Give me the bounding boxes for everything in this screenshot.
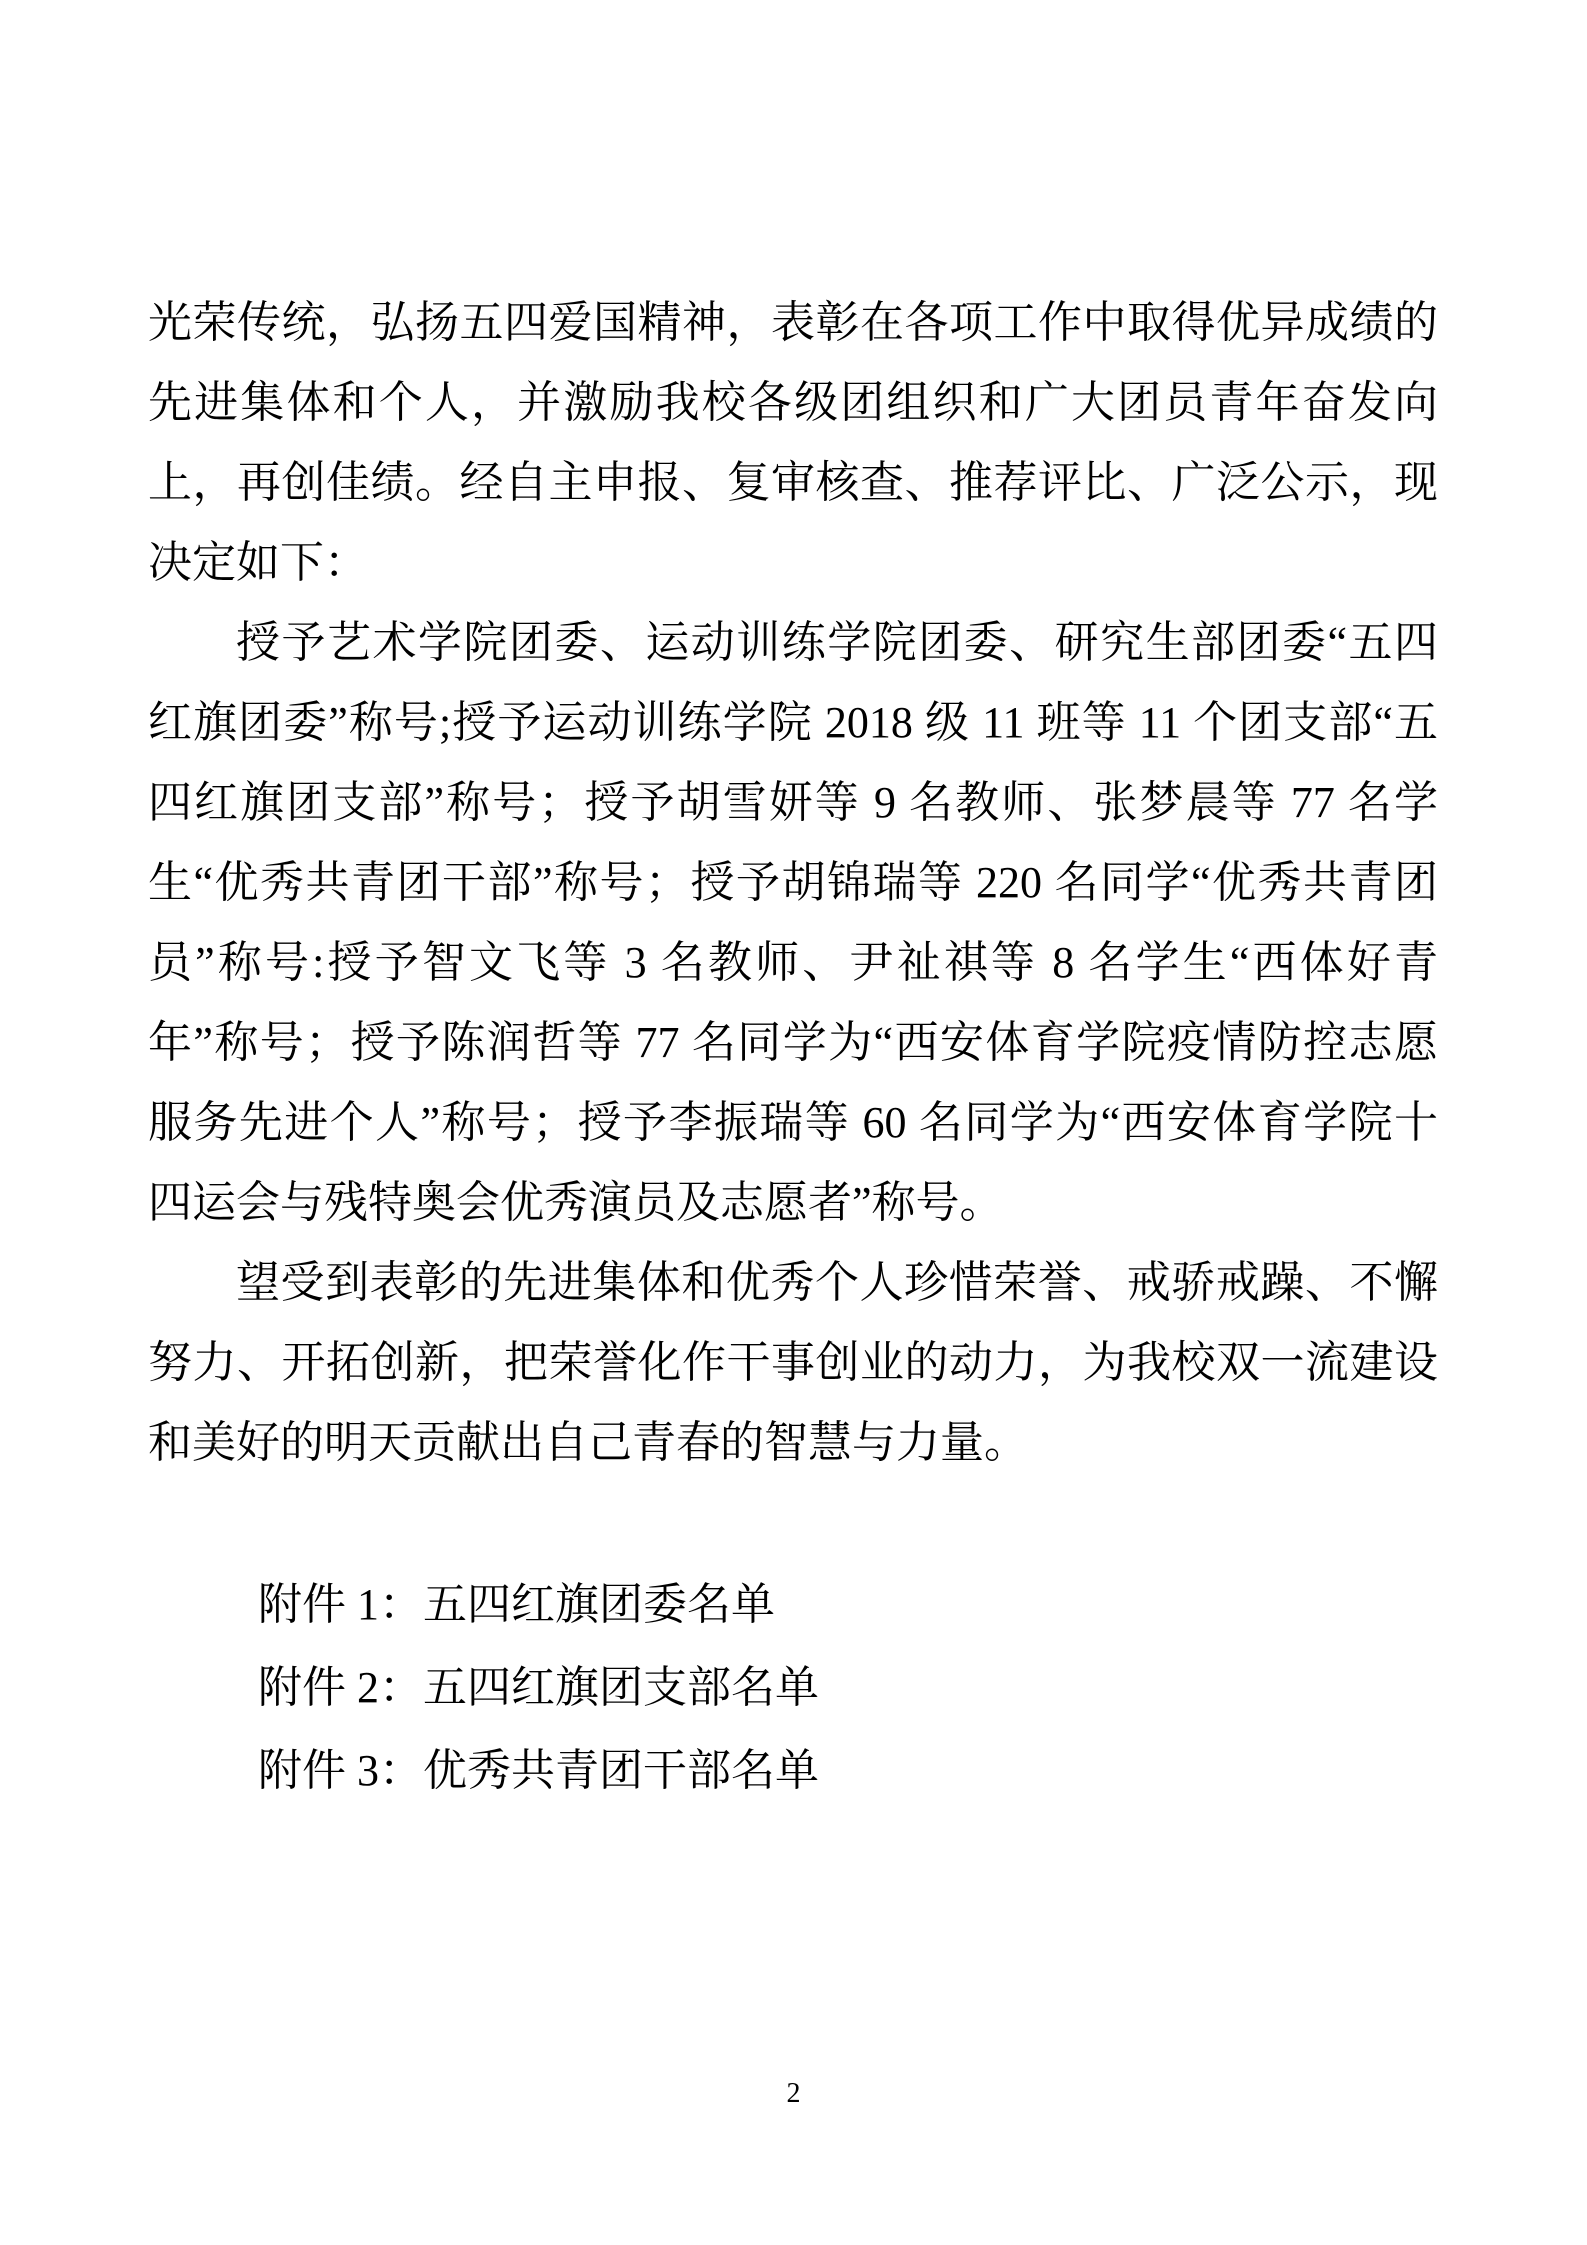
attachment-item-1: 附件 1：五四红旗团委名单 bbox=[258, 1563, 1438, 1646]
paragraph-encouragement: 望受到表彰的先进集体和优秀个人珍惜荣誉、戒骄戒躁、不懈努力、开拓创新，把荣誉化作… bbox=[148, 1243, 1438, 1483]
paragraph-awards: 授予艺术学院团委、运动训练学院团委、研究生部团委“五四红旗团委”称号;授予运动训… bbox=[148, 603, 1438, 1243]
document-body: 光荣传统，弘扬五四爱国精神，表彰在各项工作中取得优异成绩的先进集体和个人，并激励… bbox=[148, 283, 1438, 1812]
document-page: 光荣传统，弘扬五四爱国精神，表彰在各项工作中取得优异成绩的先进集体和个人，并激励… bbox=[0, 0, 1587, 2245]
attachment-item-2: 附件 2：五四红旗团支部名单 bbox=[258, 1646, 1438, 1729]
attachment-item-3: 附件 3：优秀共青团干部名单 bbox=[258, 1729, 1438, 1812]
paragraph-continuation: 光荣传统，弘扬五四爱国精神，表彰在各项工作中取得优异成绩的先进集体和个人，并激励… bbox=[148, 283, 1438, 603]
attachments-list: 附件 1：五四红旗团委名单 附件 2：五四红旗团支部名单 附件 3：优秀共青团干… bbox=[148, 1563, 1438, 1812]
page-number: 2 bbox=[0, 2078, 1587, 2110]
